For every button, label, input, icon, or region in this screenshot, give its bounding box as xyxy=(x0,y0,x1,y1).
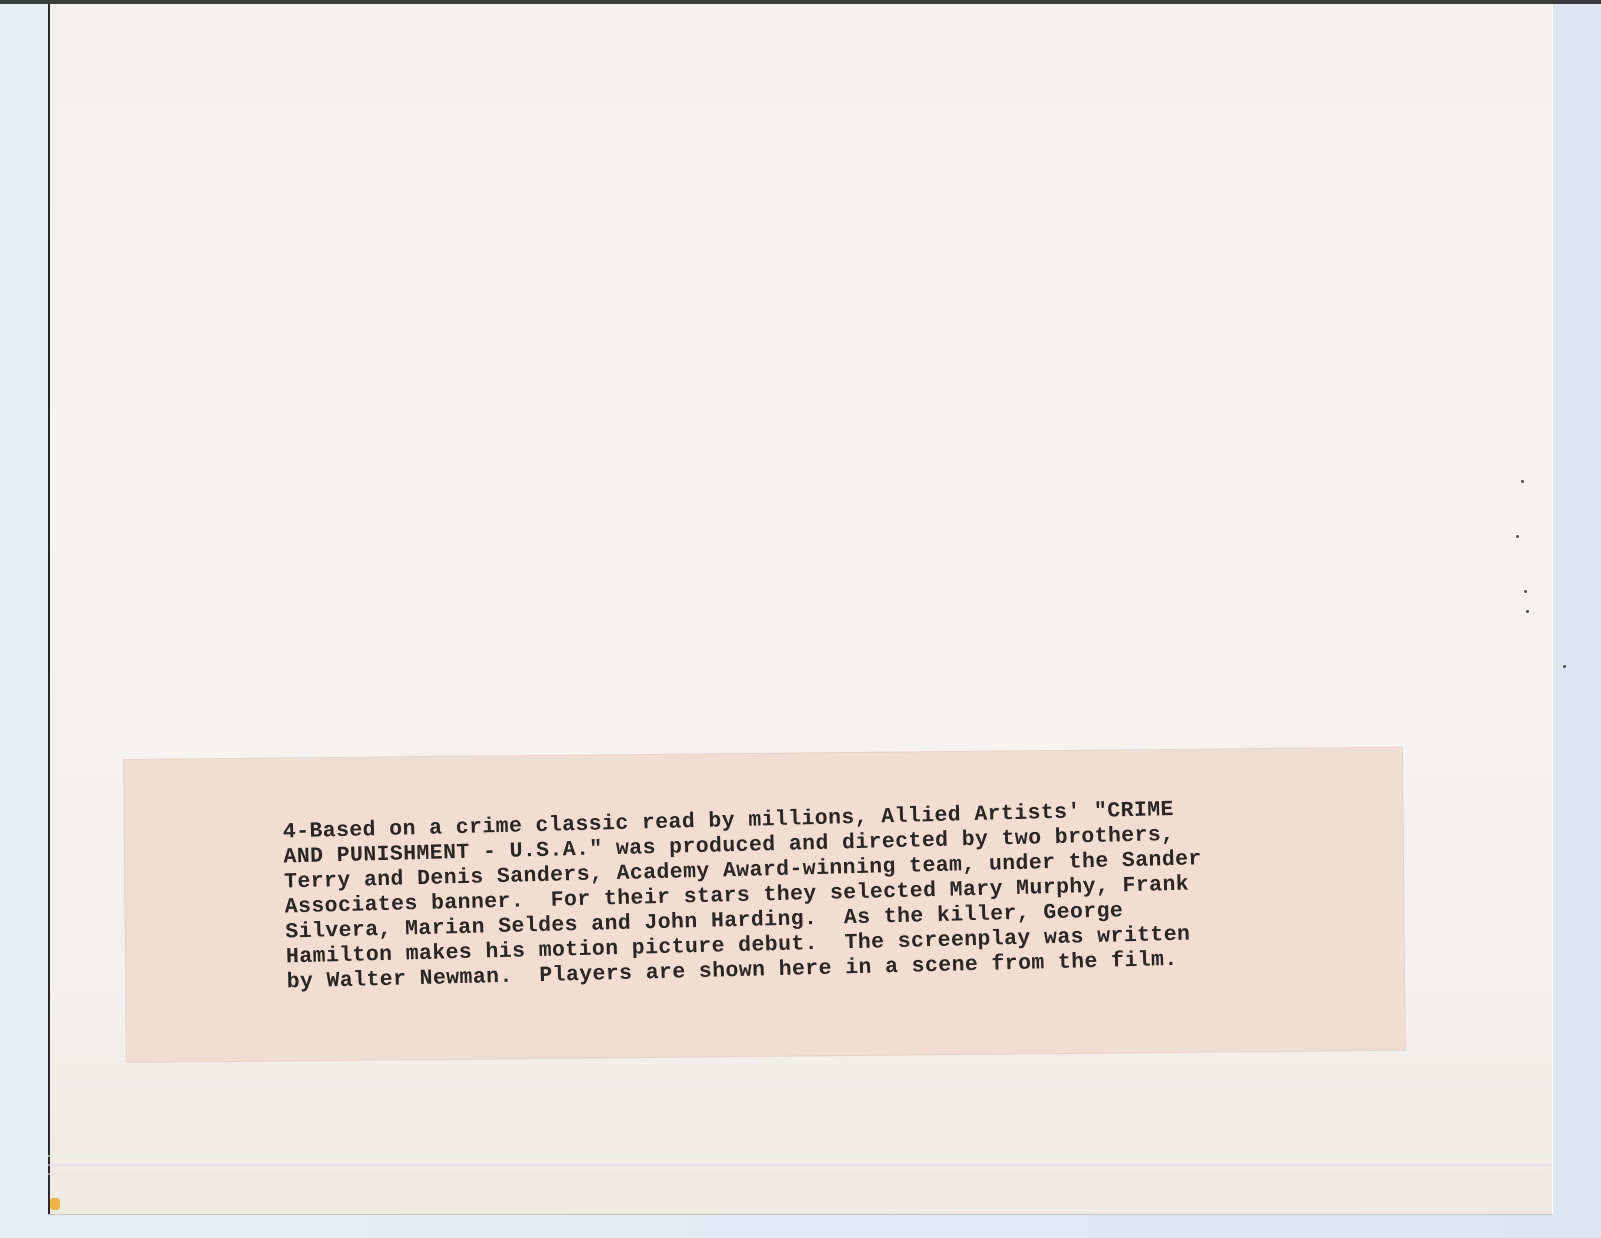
dust-speck xyxy=(1524,590,1527,593)
caption-slip: 4-Based on a crime classic read by milli… xyxy=(124,748,1405,1062)
dust-speck xyxy=(1516,535,1519,538)
scan-artifact-line xyxy=(48,1164,1550,1166)
photo-back-sheet: 4-Based on a crime classic read by milli… xyxy=(48,4,1552,1214)
scan-artifact-line xyxy=(48,1173,1550,1175)
caption-text: 4-Based on a crime classic read by milli… xyxy=(283,794,1347,996)
dust-speck xyxy=(1563,665,1566,668)
dust-speck xyxy=(1521,480,1524,483)
dust-speck xyxy=(1526,610,1529,613)
scan-artifact-line xyxy=(48,1155,1550,1157)
corner-stain xyxy=(50,1198,60,1210)
